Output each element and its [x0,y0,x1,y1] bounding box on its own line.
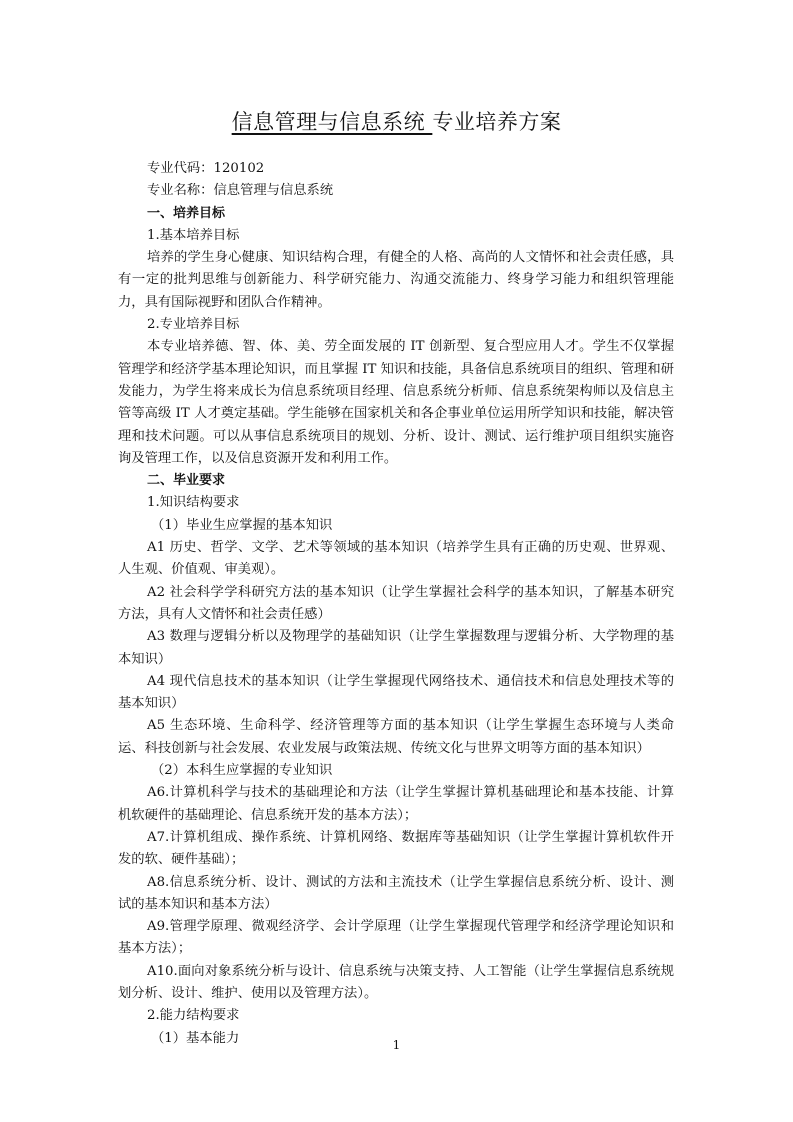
section-heading-goals: 一、培养目标 [118,203,674,225]
document-page: 信息管理与信息系统 专业培养方案 专业代码：120102 专业名称：信息管理与信… [0,0,793,1122]
list-item-a6: A6.计算机科学与技术的基础理论和方法（让学生掌握计算机基础理论和基本技能、计算… [118,782,674,827]
list-item-a8: A8.信息系统分析、设计、测试的方法和主流技术（让学生掌握信息系统分析、设计、测… [118,872,674,917]
paragraph-basic-goals: 培养的学生身心健康、知识结构合理，有健全的人格、高尚的人文情怀和社会责任感，具有… [118,247,674,314]
subheading-knowledge: 1.知识结构要求 [118,492,674,514]
list-item-a5: A5 生态环境、生命科学、经济管理等方面的基本知识（让学生掌握生态环境与人类命运… [118,715,674,760]
list-item-a10: A10.面向对象系统分析与设计、信息系统与决策支持、人工智能（让学生掌握信息系统… [118,961,674,1006]
title-suffix: 专业培养方案 [432,110,561,134]
subheading-major-knowledge: （2）本科生应掌握的专业知识 [118,760,674,782]
page-title: 信息管理与信息系统 专业培养方案 [0,106,793,136]
paragraph-major-goals: 本专业培养德、智、体、美、劳全面发展的 IT 创新型、复合型应用人才。学生不仅掌… [118,336,674,470]
major-code: 专业代码：120102 [118,158,674,180]
list-item-a2: A2 社会科学学科研究方法的基本知识（让学生掌握社会科学的基本知识，了解基本研究… [118,582,674,627]
subheading-ability: 2.能力结构要求 [118,1005,674,1027]
list-item-a7: A7.计算机组成、操作系统、计算机网络、数据库等基础知识（让学生掌握计算机软件开… [118,827,674,872]
page-number: 1 [0,1038,793,1052]
list-item-a1: A1 历史、哲学、文学、艺术等领域的基本知识（培养学生具有正确的历史观、世界观、… [118,537,674,582]
subheading-major-goals: 2.专业培养目标 [118,314,674,336]
subheading-basic-knowledge: （1）毕业生应掌握的基本知识 [118,515,674,537]
document-body: 专业代码：120102 专业名称：信息管理与信息系统 一、培养目标 1.基本培养… [118,158,674,1050]
list-item-a9: A9.管理学原理、微观经济学、会计学原理（让学生掌握现代管理学和经济学理论知识和… [118,916,674,961]
list-item-a4: A4 现代信息技术的基本知识（让学生掌握现代网络技术、通信技术和信息处理技术等的… [118,671,674,716]
major-name: 专业名称：信息管理与信息系统 [118,180,674,202]
subheading-basic-goals: 1.基本培养目标 [118,225,674,247]
section-heading-requirements: 二、毕业要求 [118,470,674,492]
list-item-a3: A3 数理与逻辑分析以及物理学的基础知识（让学生掌握数理与逻辑分析、大学物理的基… [118,626,674,671]
title-major-name: 信息管理与信息系统 [232,110,433,134]
